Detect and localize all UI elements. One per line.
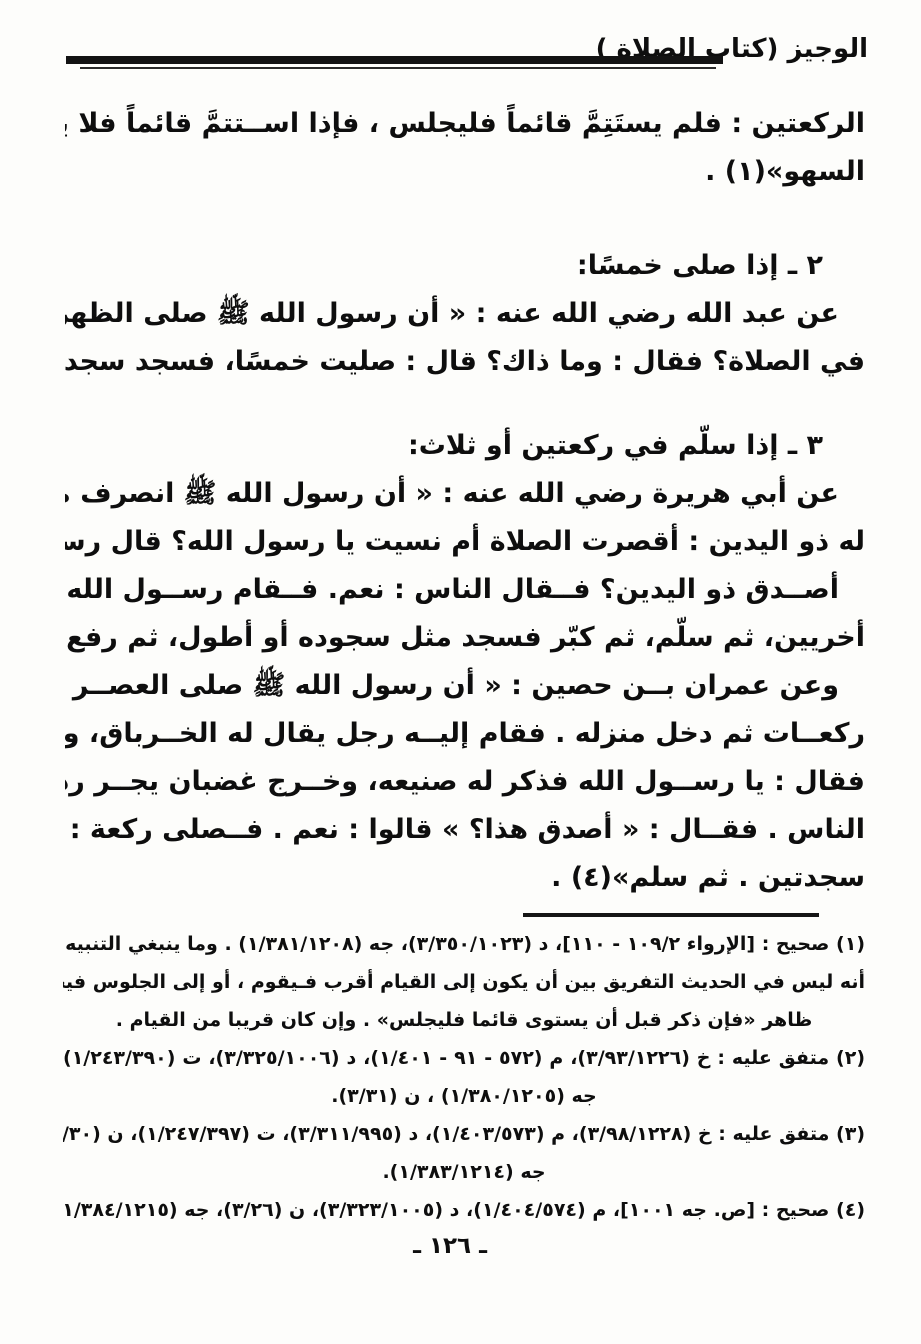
footnote-4-line-1: (٤) صحيح : [ص. جه ١٠٠١]، م (١/٤٠٤/٥٧٤)، … xyxy=(63,1191,865,1229)
paragraph-4-line-1: أصــدق ذو اليدين؟ فــقال الناس : نعم. فـ… xyxy=(65,566,865,614)
paragraph-5-line-5: سجدتين . ثم سلم»(٤) . xyxy=(65,854,865,902)
header-rule-thin xyxy=(80,67,716,69)
paragraph-5-line-1: وعن عمران بــن حصين : « أن رسول الله ﷺ ص… xyxy=(65,662,865,710)
paragraph-5-line-2: ركعــات ثم دخل منزله . فقام إليــه رجل ي… xyxy=(65,710,865,758)
footnote-2-line-2: جه (١/٣٨٠/١٢٠٥) ، ن (٣/٣١). xyxy=(63,1077,865,1115)
paragraph-2-line-2: في الصلاة؟ فقال : وما ذاك؟ قال : صليت خم… xyxy=(65,338,865,386)
footnote-1-line-3: ظاهر «فإن ذكر قبل أن يستوى قائما فليجلس»… xyxy=(63,1001,865,1039)
paragraph-2-line-1: عن عبد الله رضي الله عنه : « أن رسول الل… xyxy=(65,290,865,338)
footnote-2-line-1: (٢) متفق عليه : خ (٣/٩٣/١٢٢٦)، م (٥٧٢ - … xyxy=(63,1039,865,1077)
footnotes-block: (١) صحيح : [الإرواء ١٠٩/٢ - ١١٠]، د (٣/٣… xyxy=(63,925,865,1229)
paragraph-3-line-2: له ذو اليدين : أقصرت الصلاة أم نسيت يا ر… xyxy=(65,518,865,566)
page-number: ـ ١٢٦ ـ xyxy=(380,1230,520,1262)
footnote-3-line-2: جه (١/٣٨٣/١٢١٤). xyxy=(63,1153,865,1191)
footnote-1-line-1: (١) صحيح : [الإرواء ١٠٩/٢ - ١١٠]، د (٣/٣… xyxy=(63,925,865,963)
header-rule xyxy=(66,56,723,64)
footnote-separator xyxy=(523,913,819,917)
paragraph-1-line-2: السهو»(١) . xyxy=(65,148,865,196)
paragraph-5-line-3: فقال : يا رســول الله فذكر له صنيعه، وخـ… xyxy=(65,758,865,806)
footnote-3-line-1: (٣) متفق عليه : خ (٣/٩٨/١٢٢٨)، م (١/٤٠٣/… xyxy=(63,1115,865,1153)
footnote-1-line-2: أنه ليس في الحديث التفريق بين أن يكون إل… xyxy=(63,963,865,1001)
section-heading-2: ٢ ـ إذا صلى خمسًا: xyxy=(65,242,865,290)
paragraph-1-line-1: الركعتين : فلم يستَتِمَّ قائماً فليجلس ،… xyxy=(65,100,865,148)
section-heading-3: ٣ ـ إذا سلّم في ركعتين أو ثلاث: xyxy=(65,422,865,470)
body-text: الركعتين : فلم يستَتِمَّ قائماً فليجلس ،… xyxy=(65,100,865,902)
paragraph-5-line-4: الناس . فقــال : « أصدق هذا؟ » قالوا : ن… xyxy=(65,806,865,854)
paragraph-4-line-2: أخريين، ثم سلّم، ثم كبّر فسجد مثل سجوده … xyxy=(65,614,865,662)
paragraph-3-line-1: عن أبي هريرة رضي الله عنه : « أن رسول ال… xyxy=(65,470,865,518)
book-page: الوجيز (كتاب الصلاة ) الركعتين : فلم يست… xyxy=(0,0,921,1344)
